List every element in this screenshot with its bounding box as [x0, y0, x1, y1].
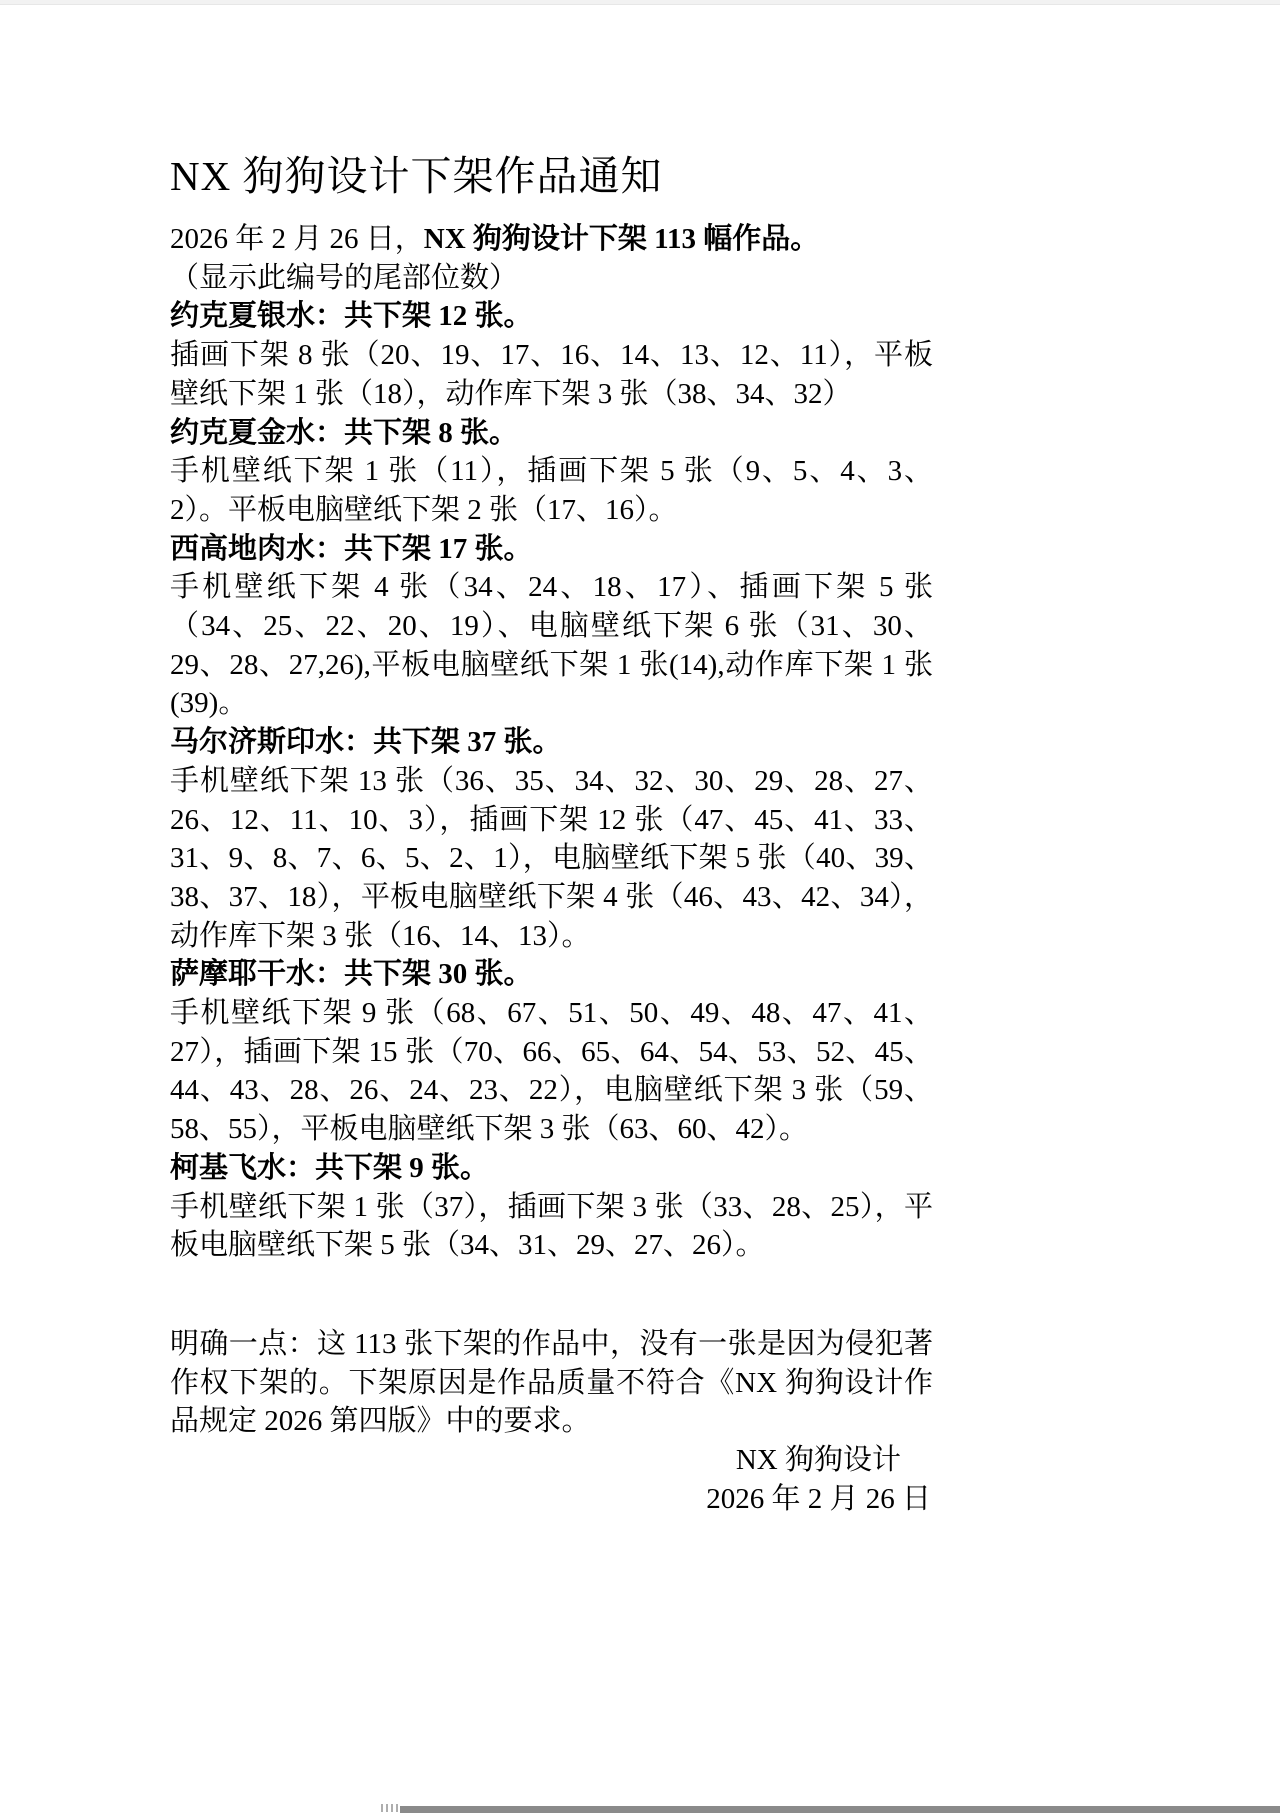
- closing-paragraph: 明确一点：这 113 张下架的作品中，没有一张是因为侵犯著作权下架的。下架原因是…: [170, 1325, 933, 1441]
- horizontal-scrollbar[interactable]: [400, 1806, 1280, 1813]
- section-heading-corgi: 柯基飞水：共下架 9 张。: [170, 1149, 933, 1188]
- top-edge-strip: [0, 0, 1280, 5]
- section-heading-maltese: 马尔济斯印水：共下架 37 张。: [170, 723, 933, 762]
- section-body-samoyed: 手机壁纸下架 9 张（68、67、51、50、49、48、47、41、27），插…: [170, 994, 933, 1149]
- horizontal-scrollbar-thumb[interactable]: [400, 1806, 1280, 1813]
- section-heading-yorkshire-gold: 约克夏金水：共下架 8 张。: [170, 414, 933, 453]
- section-body-westie: 手机壁纸下架 4 张（34、24、18、17）、插画下架 5 张（34、25、2…: [170, 568, 933, 723]
- section-body-corgi: 手机壁纸下架 1 张（37），插画下架 3 张（33、28、25），平板电脑壁纸…: [170, 1188, 933, 1265]
- section-body-yorkshire-silver: 插画下架 8 张（20、19、17、16、14、13、12、11），平板壁纸下架…: [170, 336, 933, 413]
- scroll-grip-dots: [381, 1804, 399, 1812]
- intro-summary-text: NX 狗狗设计下架 113 幅作品。: [424, 223, 820, 255]
- intro-line: 2026 年 2 月 26 日，NX 狗狗设计下架 113 幅作品。: [170, 220, 933, 259]
- section-heading-yorkshire-silver: 约克夏银水：共下架 12 张。: [170, 297, 933, 336]
- signature-name: NX 狗狗设计: [170, 1441, 933, 1480]
- section-heading-samoyed: 萨摩耶干水：共下架 30 张。: [170, 955, 933, 994]
- document-page: NX 狗狗设计下架作品通知 2026 年 2 月 26 日，NX 狗狗设计下架 …: [0, 0, 1280, 1813]
- section-heading-westie: 西高地肉水：共下架 17 张。: [170, 530, 933, 569]
- section-body-maltese: 手机壁纸下架 13 张（36、35、34、32、30、29、28、27、26、1…: [170, 762, 933, 956]
- intro-date-text: 2026 年 2 月 26 日，: [170, 223, 424, 255]
- signature-date: 2026 年 2 月 26 日: [170, 1480, 933, 1519]
- section-body-yorkshire-gold: 手机壁纸下架 1 张（11），插画下架 5 张（9、5、4、3、2）。平板电脑壁…: [170, 452, 933, 529]
- note-line: （显示此编号的尾部位数）: [170, 259, 933, 298]
- notice-document: NX 狗狗设计下架作品通知 2026 年 2 月 26 日，NX 狗狗设计下架 …: [170, 148, 933, 1519]
- page-title: NX 狗狗设计下架作品通知: [170, 148, 933, 204]
